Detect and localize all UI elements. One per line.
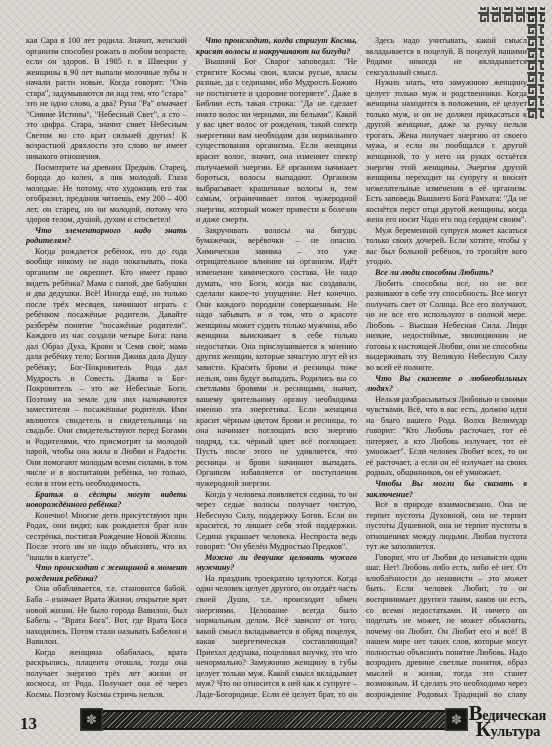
page-footer: 13 ✽ ✽ Ведическая Культура <box>0 701 552 747</box>
question-heading: Что элементарного надо знать родителям? <box>26 226 187 247</box>
rosette-right-icon: ✽ <box>445 708 468 731</box>
question-heading: Что происходит с женщиной в момент рожде… <box>26 563 187 584</box>
logo-line-2: Культура <box>476 723 546 739</box>
text-column-3: Здесь надо учитывать, какой смысл вклады… <box>366 36 527 700</box>
paragraph: Когда у человека появляется седина, то о… <box>196 490 357 553</box>
paragraph: Когда рождается ребёнок, его до года воо… <box>26 247 187 490</box>
paragraph: Говорят, что от Любви до ненависти один … <box>366 553 527 700</box>
question-heading: Что происходит, когда стригут Космы, кра… <box>196 36 357 57</box>
paragraph: На праздник троекратно целуются. Когда о… <box>196 574 357 700</box>
paragraph: кая Сара в 100 лет родила. Значит, женск… <box>26 36 187 163</box>
paragraph: Она обабливается, т.е. становится бабой.… <box>26 584 187 647</box>
paragraph: Закручивать волосы на бигуди, бумажечки,… <box>196 226 357 490</box>
paragraph: Любить способны все, но не все развивают… <box>366 279 527 374</box>
text-column-2: Что происходит, когда стригут Космы, кра… <box>196 36 357 700</box>
text-column-1: кая Сара в 100 лет родила. Значит, женск… <box>26 36 187 700</box>
paragraph: Вышний Бог Сварог заповедал: "Не стригит… <box>196 57 357 226</box>
magazine-logo: Ведическая Культура <box>469 707 546 739</box>
question-heading: Все ли люди способны Любить? <box>366 268 527 279</box>
paragraph: Конечно! Многие дети присутствуют при Ро… <box>26 511 187 564</box>
page-number: 13 <box>20 714 37 734</box>
paragraph: Всё в природе взаимосвязано. Она не терп… <box>366 500 527 553</box>
article-content: кая Сара в 100 лет родила. Значит, женск… <box>26 36 528 700</box>
paragraph: Муж беременной супруги может касаться то… <box>366 226 527 268</box>
question-heading: Что Вы скажете о любвеобильных людях? <box>366 374 527 395</box>
question-heading: Чтобы Вы могли бы сказать в заключение? <box>366 479 527 500</box>
paragraph: Нельзя разбрасываться Любовью и своими ч… <box>366 395 527 479</box>
paragraph: Посмотрите на древних Предков. Старец, б… <box>26 163 187 226</box>
rosette-left-icon: ✽ <box>80 708 103 731</box>
footer-ornament-band: ✽ ✽ <box>80 708 468 731</box>
meander-strip <box>103 710 445 730</box>
question-heading: Можно ли девушке целовать чужого мужчину… <box>196 553 357 574</box>
paragraph: Когда женщина обабилась, врата раскрылис… <box>26 648 187 700</box>
paragraph: Нужно знать, что замужнюю женщину целует… <box>366 78 527 226</box>
question-heading: Братья и сёстры могут видеть новорождённ… <box>26 490 187 511</box>
paragraph: Здесь надо учитывать, какой смысл вклады… <box>366 36 527 78</box>
magazine-page: кая Сара в 100 лет родила. Значит, женск… <box>0 0 552 747</box>
